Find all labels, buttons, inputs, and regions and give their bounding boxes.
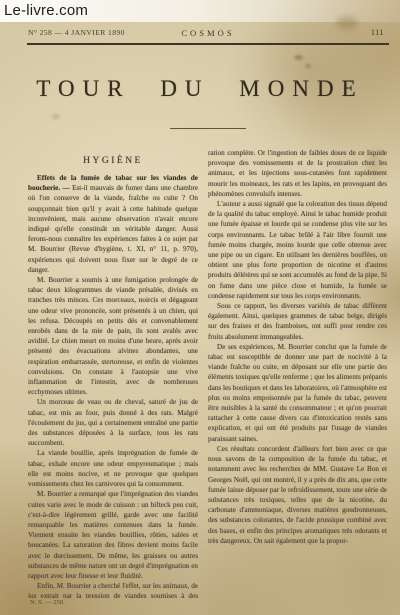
page-title: TOUR DU MONDE [0,76,400,102]
paragraph: M. Bourrier a soumis à une fumigation pr… [28,275,198,397]
page-number: 111 [371,28,384,37]
paragraph: De ses expériences, M. Bourrier conclut … [208,342,387,444]
paragraph: ration complète. Or l'ingestion de faibl… [208,148,387,199]
paragraph: Un morceau de veau ou de cheval, saturé … [28,397,198,448]
article-lead-body: Est-il mauvais de fumer dans une chambre… [28,184,198,274]
paragraph: M. Bourrier a remarqué que l'imprégnatio… [28,489,198,581]
watermark-text: Le-livre.com [4,2,88,19]
section-heading: HYGIÈNE [28,156,198,166]
paper-stain [305,64,311,68]
paragraph: Sous ce rapport, les diverses variétés d… [208,301,387,342]
paragraph: Effets de la fumée de tabac sur les vian… [28,173,198,275]
paragraph: Ces résultats concordent d'ailleurs fort… [208,444,387,546]
header-rule [27,43,389,45]
left-text-column: HYGIÈNE Effets de la fumée de tabac sur … [28,148,198,598]
title-divider-rule [170,128,246,129]
page-header: N° 258 — 4 JANVIER 1890 COSMOS 111 [28,28,388,40]
paper-stain [52,114,60,119]
paragraph: La viande bouillie, après imprégnation d… [28,448,198,489]
printer-signature-mark: N. S. — 258. [30,599,65,606]
scanned-journal-page: Le-livre.com N° 258 — 4 JANVIER 1890 COS… [0,0,400,615]
right-text-column: ration complète. Or l'ingestion de faibl… [208,148,387,615]
paper-stain [294,55,303,60]
paragraph: Enfin, M. Bourrier a cherché l'effet, su… [28,581,198,598]
paragraph: L'auteur a aussi signalé que la colorati… [208,199,387,301]
journal-name: COSMOS [28,28,388,38]
